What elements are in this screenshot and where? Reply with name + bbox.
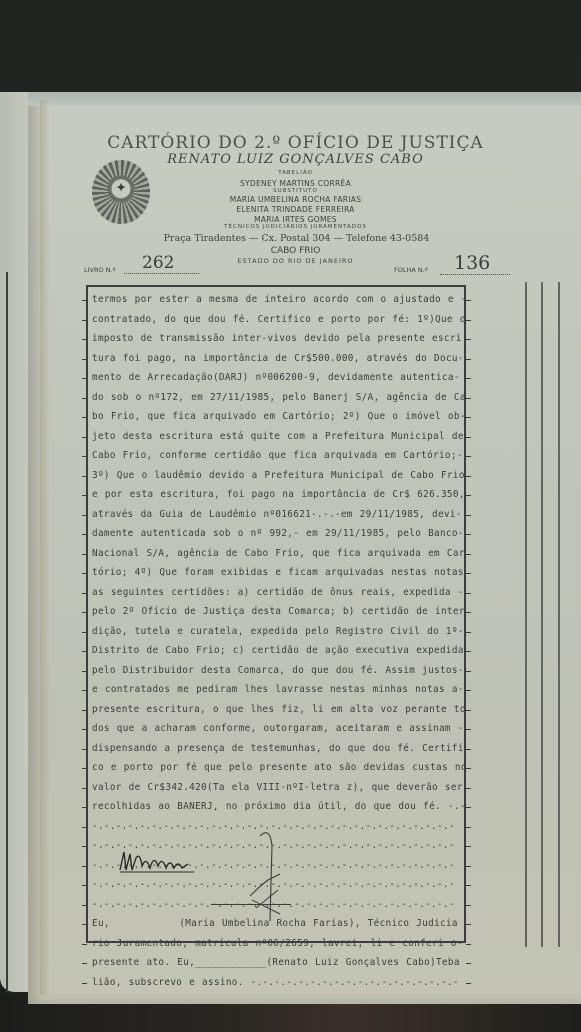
page-top-edge: [28, 92, 581, 106]
deed-text-line: presente ato. Eu,____________(Renato Lui…: [92, 953, 468, 973]
deed-text-line: pelo Distribuidor desta Comarca, do que …: [92, 661, 468, 681]
margin-column-line: [541, 282, 543, 947]
folha-number: 136: [440, 252, 510, 275]
deed-text-line: termos por ester a mesma de inteiro acor…: [92, 290, 468, 310]
deed-text-line: co e porto por fé que pelo presente ato …: [92, 758, 468, 778]
deed-text-line: dos que a acharam conforme, outorgaram, …: [92, 719, 468, 739]
deed-text-line: presente escritura, o que lhes fiz, li e…: [92, 700, 468, 720]
deed-text-line: Cabo Frio, conforme certidão que fica ar…: [92, 446, 468, 466]
deed-text-line: do sob o nº172, em 27/11/1985, pelo Bane…: [92, 388, 468, 408]
left-page-frame-line: [0, 272, 8, 992]
deed-text-line: tório; 4º) Que foram exibidas e ficam ar…: [92, 563, 468, 583]
deed-text-line: as seguintes certidões: a) certidão de ô…: [92, 583, 468, 603]
folha-label: FOLHA N.º: [394, 266, 428, 274]
deed-text-line: lião, subscrevo e assino. -.-.-.-.-.-.-.…: [92, 973, 468, 993]
notary-name: RENATO LUIZ GONÇALVES CABO: [0, 152, 581, 167]
deed-text-line: rio Juramentado, matrícula nº06/2659, la…: [92, 934, 468, 954]
deed-text-line: recolhidas ao BANERJ, no próximo dia úti…: [92, 797, 468, 817]
substitute-role: SUBSTITUTO: [0, 188, 581, 194]
margin-column-line: [558, 282, 560, 947]
deed-text-line: tura foi pago, na importância de Cr$500.…: [92, 349, 468, 369]
deed-text-line: bo Frio, que fica arquivado em Cartório;…: [92, 407, 468, 427]
notary-signature-icon: [240, 826, 300, 926]
livro-number: 262: [124, 253, 199, 274]
deed-text-line: valor de Cr$342.420(Ta ela VIII-nºI-letr…: [92, 778, 468, 798]
deed-text-line: damente autenticada sob o nº 992,- em 29…: [92, 524, 468, 544]
deed-text-line: e por esta escritura, foi pago na import…: [92, 485, 468, 505]
notary-role: TABELIÃO: [0, 170, 581, 176]
deed-text-line: e contratados me pediram lhes lavrasse n…: [92, 680, 468, 700]
deed-text-line: jeto desta escritura está quite com a Pr…: [92, 427, 468, 447]
substitute-name: SYDENEY MARTINS CORRÊA: [0, 179, 581, 188]
deed-text-line: mento de Arrecadação(DARJ) nº006200-9, d…: [92, 368, 468, 388]
office-address: Praça Tiradentes — Cx. Postal 304 — Tele…: [0, 233, 581, 244]
deed-text-line: contratado, do que dou fé. Certifico e p…: [92, 310, 468, 330]
technician-name: ELENITA TRINDADE FERREIRA: [0, 205, 581, 214]
deed-text-line: imposto de transmissão inter-vivos devid…: [92, 329, 468, 349]
technicians-role: TÉCNICOS JUDICIÁRIOS JURAMENTADOS: [0, 224, 581, 230]
technician-name: MARIA IRTES GOMES: [0, 215, 581, 224]
deed-text-line: pelo 2º Ofício de Justiça desta Comarca;…: [92, 602, 468, 622]
deed-text-line: 3º) Que o laudêmio devido a Prefeitura M…: [92, 466, 468, 486]
deed-text-line: através da Guia de Laudêmio nº016621-.-.…: [92, 505, 468, 525]
office-title: CARTÓRIO DO 2.º OFÍCIO DE JUSTIÇA: [0, 133, 581, 153]
livro-label: LIVRO N.º: [84, 266, 116, 274]
deed-text-line: dispensando a presença de testemunhas, d…: [92, 739, 468, 759]
deed-text-line: dição, tutela e curatela, expedida pelo …: [92, 622, 468, 642]
signature-scribble-icon: [118, 848, 198, 874]
deed-text-line: Nacional S/A, agência de Cabo Frio, que …: [92, 544, 468, 564]
deed-text-line: Distrito de Cabo Frio; c) certidão de aç…: [92, 641, 468, 661]
technician-name: MARIA UMBELINA ROCHA FARIAS: [0, 195, 581, 204]
margin-column-line: [525, 282, 527, 947]
